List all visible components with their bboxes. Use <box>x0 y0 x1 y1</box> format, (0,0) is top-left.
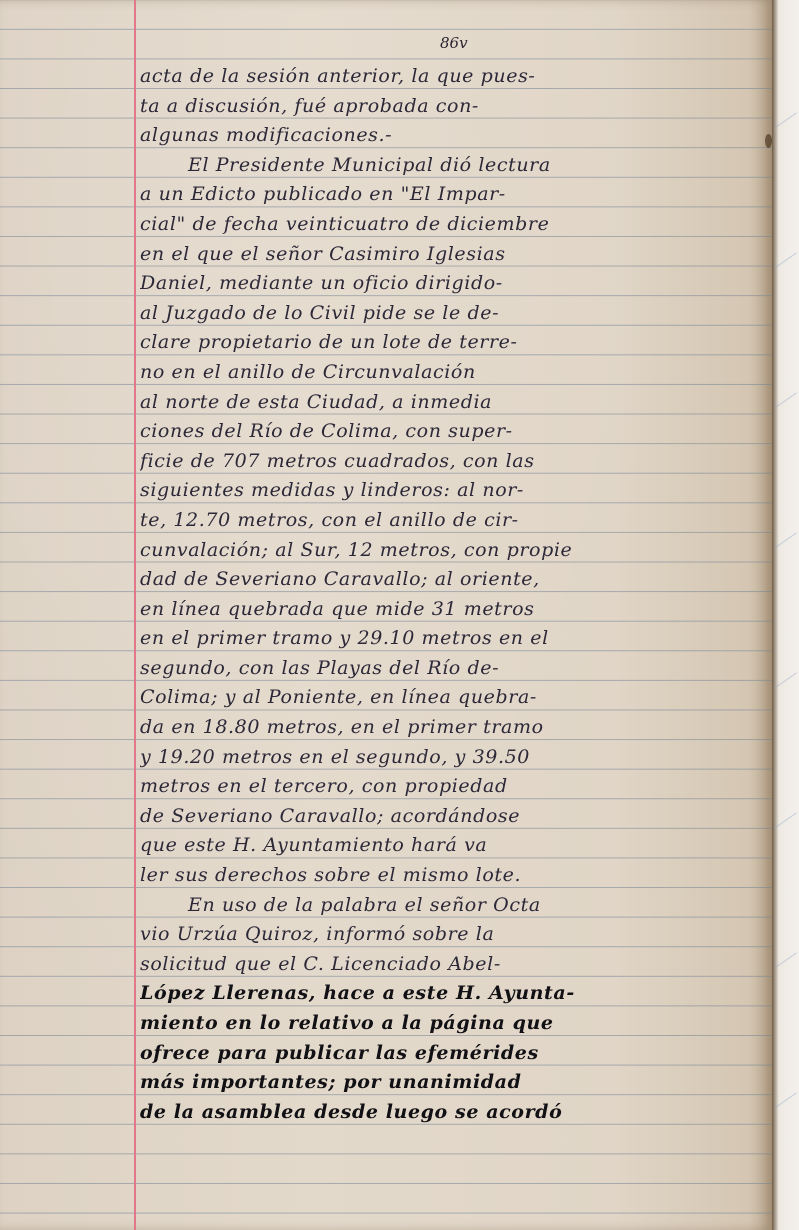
text-line: ciones del Río de Colima, con super- <box>140 417 765 447</box>
page-ruling <box>774 952 797 968</box>
text-line: ficie de 707 metros cuadrados, con las <box>140 447 765 477</box>
text-line: dad de Severiano Caravallo; al oriente, <box>140 565 765 595</box>
text-line: y 19.20 metros en el segundo, y 39.50 <box>140 743 765 773</box>
text-line: segundo, con las Playas del Río de- <box>140 654 765 684</box>
text-line: cunvalación; al Sur, 12 metros, con prop… <box>140 536 765 566</box>
folio-number: 86v <box>440 34 468 52</box>
page-ruling <box>774 252 797 268</box>
text-line: metros en el tercero, con propiedad <box>140 772 765 802</box>
text-line: vio Urzúa Quiroz, informó sobre la <box>140 920 765 950</box>
text-line: López Llerenas, hace a este H. Ayunta- <box>140 979 765 1009</box>
text-line: clare propietario de un lote de terre- <box>140 328 765 358</box>
text-line: ofrece para publicar las efemérides <box>140 1039 765 1069</box>
text-line: en el primer tramo y 29.10 metros en el <box>140 624 765 654</box>
text-line: En uso de la palabra el señor Octa <box>140 891 765 921</box>
text-line: ta a discusión, fué aprobada con- <box>140 92 765 122</box>
text-line: siguientes medidas y linderos: al nor- <box>140 476 765 506</box>
text-line: Daniel, mediante un oficio dirigido- <box>140 269 765 299</box>
text-line: El Presidente Municipal dió lectura <box>140 151 765 181</box>
page-ruling <box>774 112 797 128</box>
page-ruling <box>774 392 797 408</box>
text-line: solicitud que el C. Licenciado Abel- <box>140 950 765 980</box>
text-line: al norte de esta Ciudad, a inmedia <box>140 388 765 418</box>
text-line: da en 18.80 metros, en el primer tramo <box>140 713 765 743</box>
text-line: que este H. Ayuntamiento hará va <box>140 831 765 861</box>
page-ruling <box>774 1092 797 1108</box>
ledger-page: 86v acta de la sesión anterior, la que p… <box>0 0 772 1230</box>
text-line: Colima; y al Poniente, en línea quebra- <box>140 683 765 713</box>
text-line: ler sus derechos sobre el mismo lote. <box>140 861 765 891</box>
red-margin-line <box>134 0 136 1230</box>
adjacent-page-edge <box>772 0 799 1230</box>
text-line: al Juzgado de lo Civil pide se le de- <box>140 299 765 329</box>
text-line: en línea quebrada que mide 31 metros <box>140 595 765 625</box>
page-ruling <box>774 812 797 828</box>
text-line: algunas modificaciones.- <box>140 121 765 151</box>
text-line: de Severiano Caravallo; acordándose <box>140 802 765 832</box>
page-ruling <box>774 532 797 548</box>
text-line: más importantes; por unanimidad <box>140 1068 765 1098</box>
text-line: en el que el señor Casimiro Iglesias <box>140 240 765 270</box>
handwritten-text-block: acta de la sesión anterior, la que pues-… <box>140 62 765 1127</box>
text-line: no en el anillo de Circunvalación <box>140 358 765 388</box>
text-line: acta de la sesión anterior, la que pues- <box>140 62 765 92</box>
text-line: a un Edicto publicado en "El Impar- <box>140 180 765 210</box>
text-line: de la asamblea desde luego se acordó <box>140 1098 765 1128</box>
ink-stain <box>765 134 772 148</box>
text-line: te, 12.70 metros, con el anillo de cir- <box>140 506 765 536</box>
page-ruling <box>774 672 797 688</box>
text-line: miento en lo relativo a la página que <box>140 1009 765 1039</box>
text-line: cial" de fecha veinticuatro de diciembre <box>140 210 765 240</box>
